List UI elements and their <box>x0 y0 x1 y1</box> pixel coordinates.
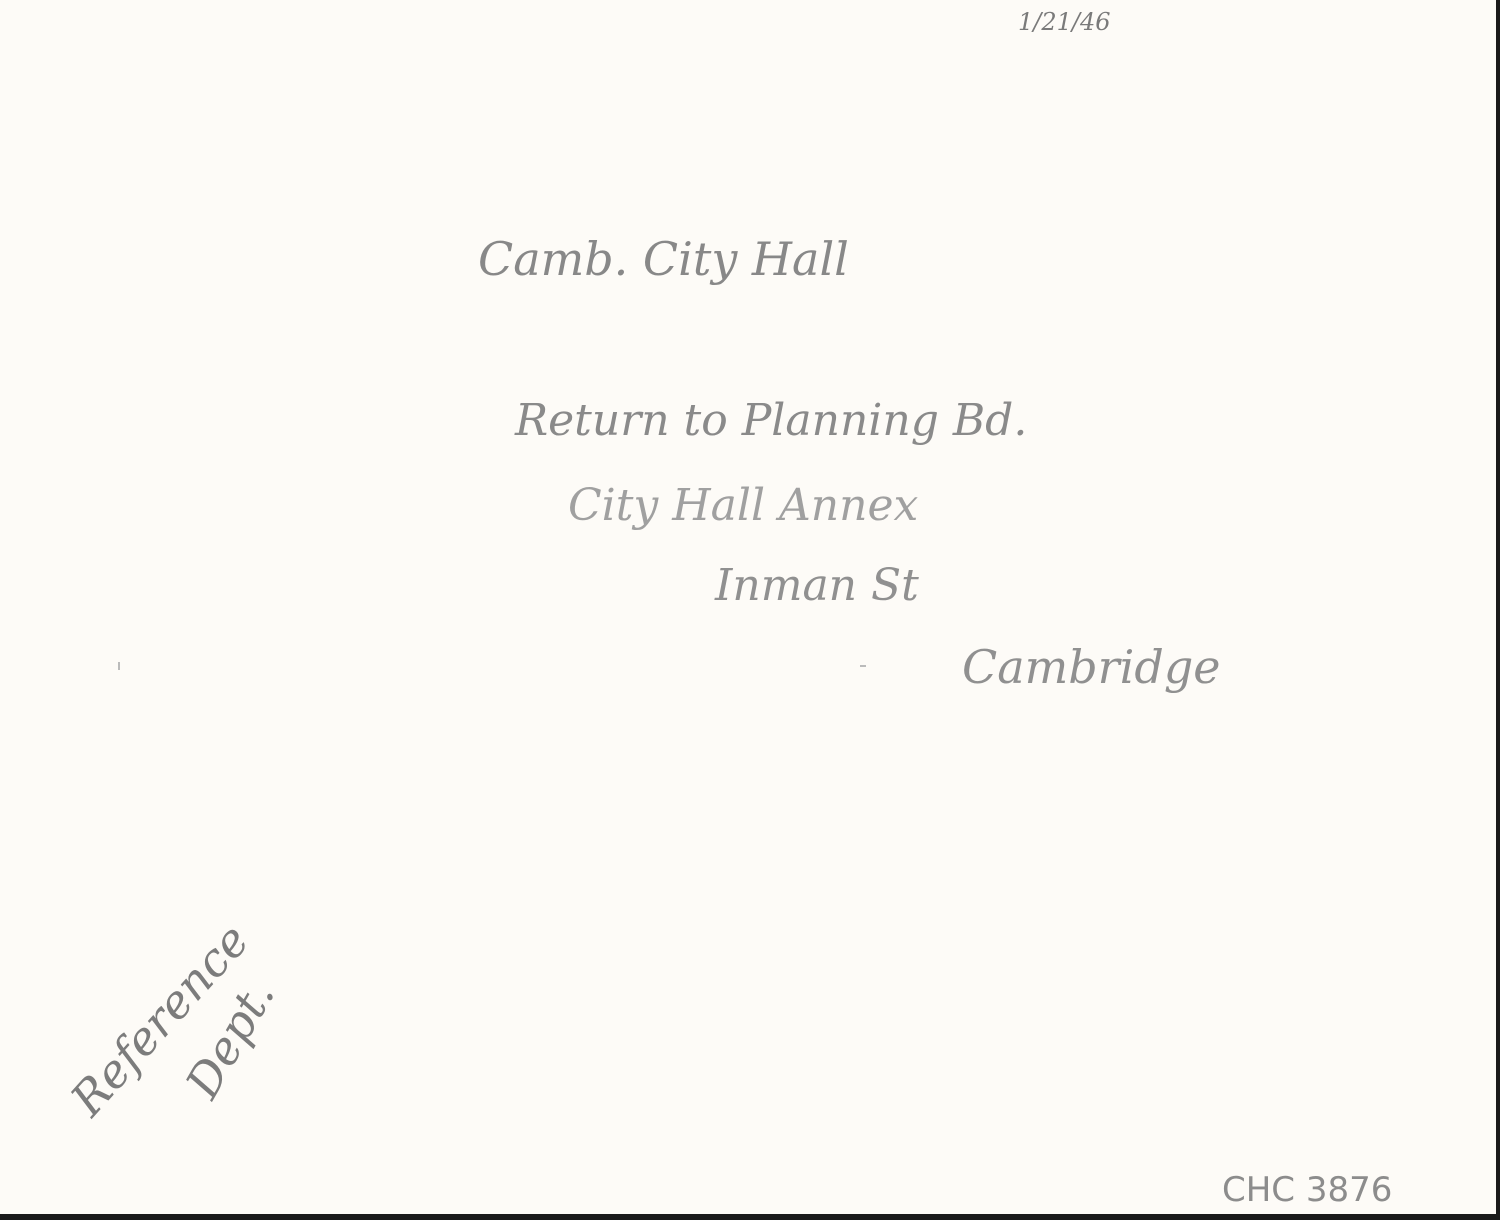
pencil-mark <box>118 662 120 670</box>
date-note: 1/21/46 <box>1018 8 1111 36</box>
catalog-number: CHC 3876 <box>1222 1170 1392 1210</box>
photo-back-card: 1/21/46 Camb. City Hall Return to Planni… <box>0 0 1496 1214</box>
return-note-line-4: Cambridge <box>962 640 1221 694</box>
return-note-line-2: City Hall Annex <box>568 480 918 531</box>
title-note: Camb. City Hall <box>478 232 849 286</box>
pencil-mark <box>860 665 866 667</box>
return-note-line-1: Return to Planning Bd. <box>515 395 1027 446</box>
return-note-line-3: Inman St <box>715 560 919 611</box>
